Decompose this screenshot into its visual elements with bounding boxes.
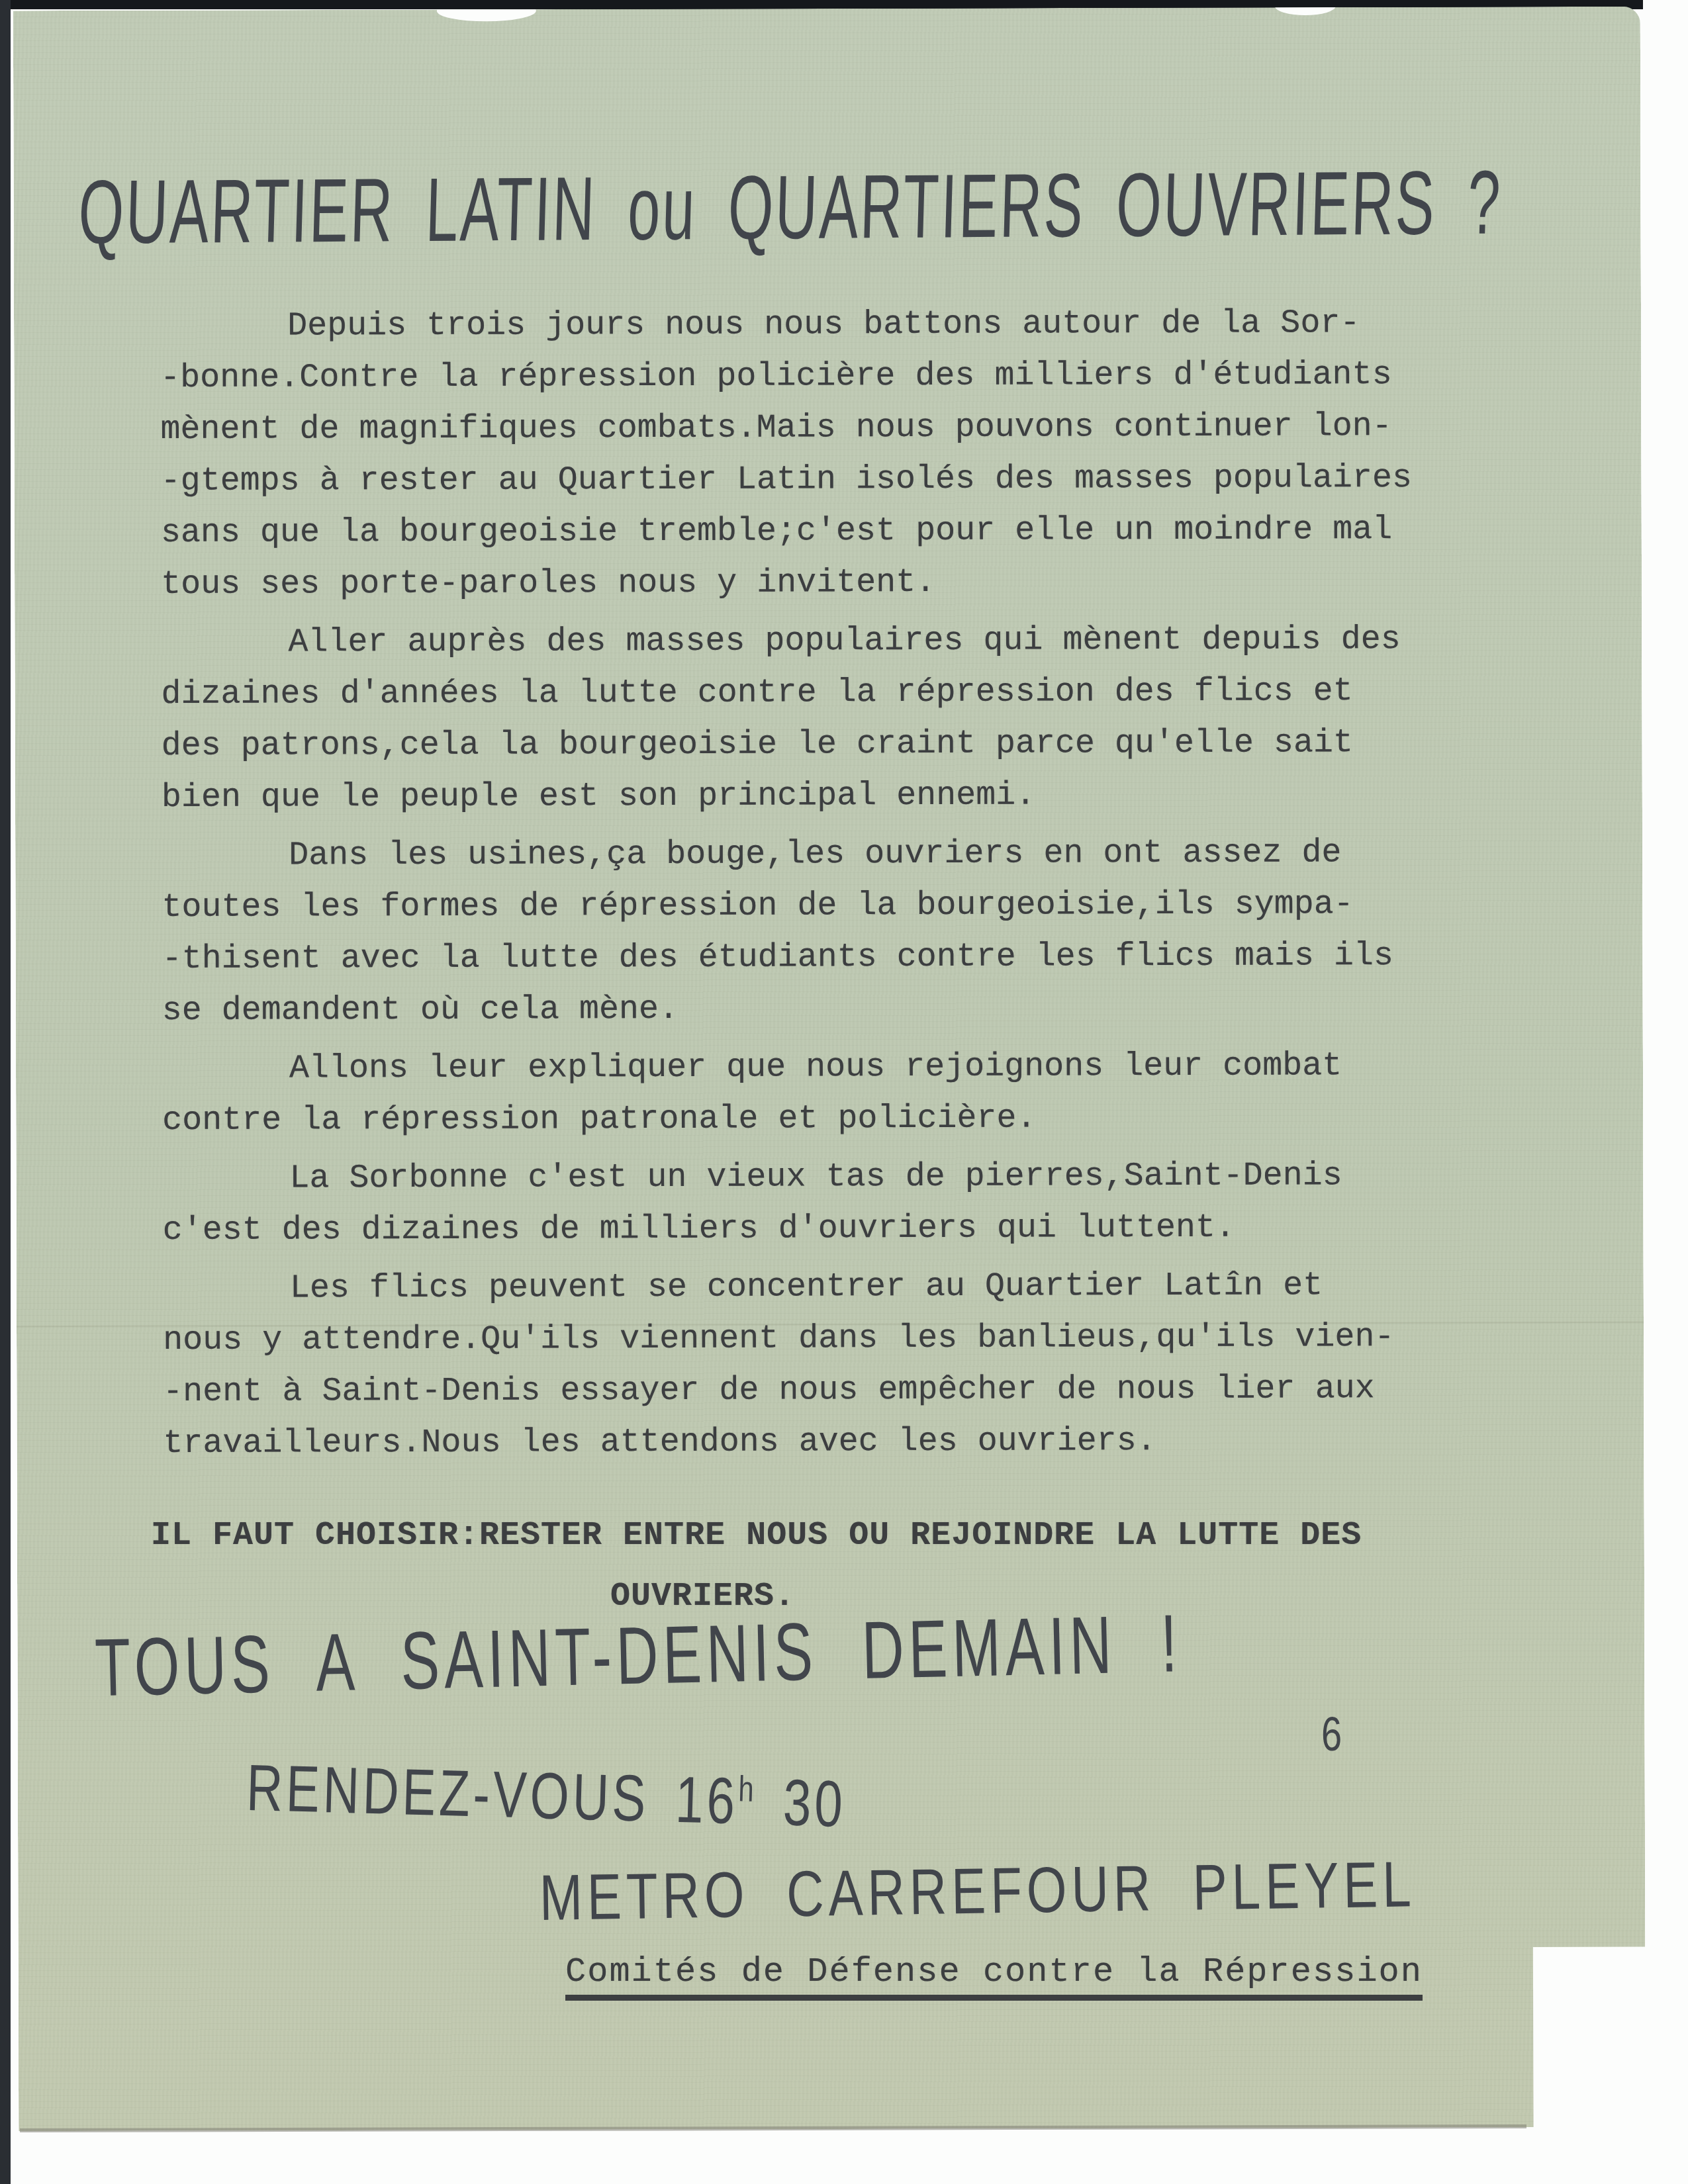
body-line: -nent à Saint-Denis essayer de nous empê…: [163, 1363, 1415, 1418]
body-line: des patrons,cela la bourgeoisie le crain…: [162, 717, 1413, 772]
body-line: nous y attendre.Qu'ils viennent dans les…: [163, 1312, 1415, 1367]
scanned-document: QUARTIER LATIN ou QUARTIERS OUVRIERS ? D…: [0, 0, 1688, 2184]
meeting-time-minutes: 30: [756, 1766, 847, 1841]
body-line: c'est des dizaines de milliers d'ouvrier…: [163, 1202, 1415, 1257]
body-line: La Sorbonne c'est un vieux tas de pierre…: [162, 1150, 1414, 1205]
body-line: se demandent où cela mène.: [162, 982, 1414, 1037]
body-line: Depuis trois jours nous nous battons aut…: [160, 298, 1412, 353]
body-line: travailleurs.Nous les attendons avec les…: [163, 1415, 1415, 1470]
signature-line: Comités de Défense contre la Répression: [565, 1952, 1423, 1991]
body-line: -bonne.Contre la répression policière de…: [160, 349, 1412, 404]
handwritten-stray-mark: 6: [1321, 1706, 1342, 1762]
body-line: bien que le peuple est son principal enn…: [162, 769, 1413, 824]
body-line: Les flics peuvent se concentrer au Quart…: [163, 1260, 1415, 1315]
meeting-time-hour-sup: h: [738, 1768, 758, 1809]
handwritten-location-line: METRO CARREFOUR PLEYEL: [539, 1846, 1416, 1936]
body-line: mènent de magnifiques combats.Mais nous …: [160, 401, 1412, 456]
body-line: -thisent avec la lutte des étudiants con…: [162, 931, 1414, 985]
body-line: -gtemps à rester au Quartier Latin isolé…: [161, 453, 1413, 508]
scanner-edge-left: [0, 0, 11, 2184]
body-line: Allons leur expliquer que nous rejoignon…: [162, 1040, 1414, 1095]
body-line: toutes les formes de répression de la bo…: [162, 879, 1413, 934]
body-line: contre la répression patronale et polici…: [162, 1092, 1414, 1147]
body-line: sans que la bourgeoisie tremble;c'est po…: [161, 504, 1413, 559]
body-line: Dans les usines,ça bouge,les ouvriers en…: [162, 827, 1413, 882]
body-line: Aller auprès des masses populaires qui m…: [161, 614, 1413, 669]
meeting-time-text: RENDEZ-VOUS 16: [246, 1751, 739, 1838]
signature-text: Comités de Défense contre la Répression: [565, 1952, 1423, 2001]
body-line: tous ses porte-paroles nous y invitent.: [161, 556, 1413, 611]
body-line: dizaines d'années la lutte contre la rép…: [161, 666, 1413, 721]
emphasis-line: IL FAUT CHOISIR:RESTER ENTRE NOUS OU REJ…: [151, 1517, 1362, 1555]
document-title: QUARTIER LATIN ou QUARTIERS OUVRIERS ?: [77, 150, 1504, 265]
typewritten-body: Depuis trois jours nous nous battons aut…: [160, 298, 1415, 1470]
